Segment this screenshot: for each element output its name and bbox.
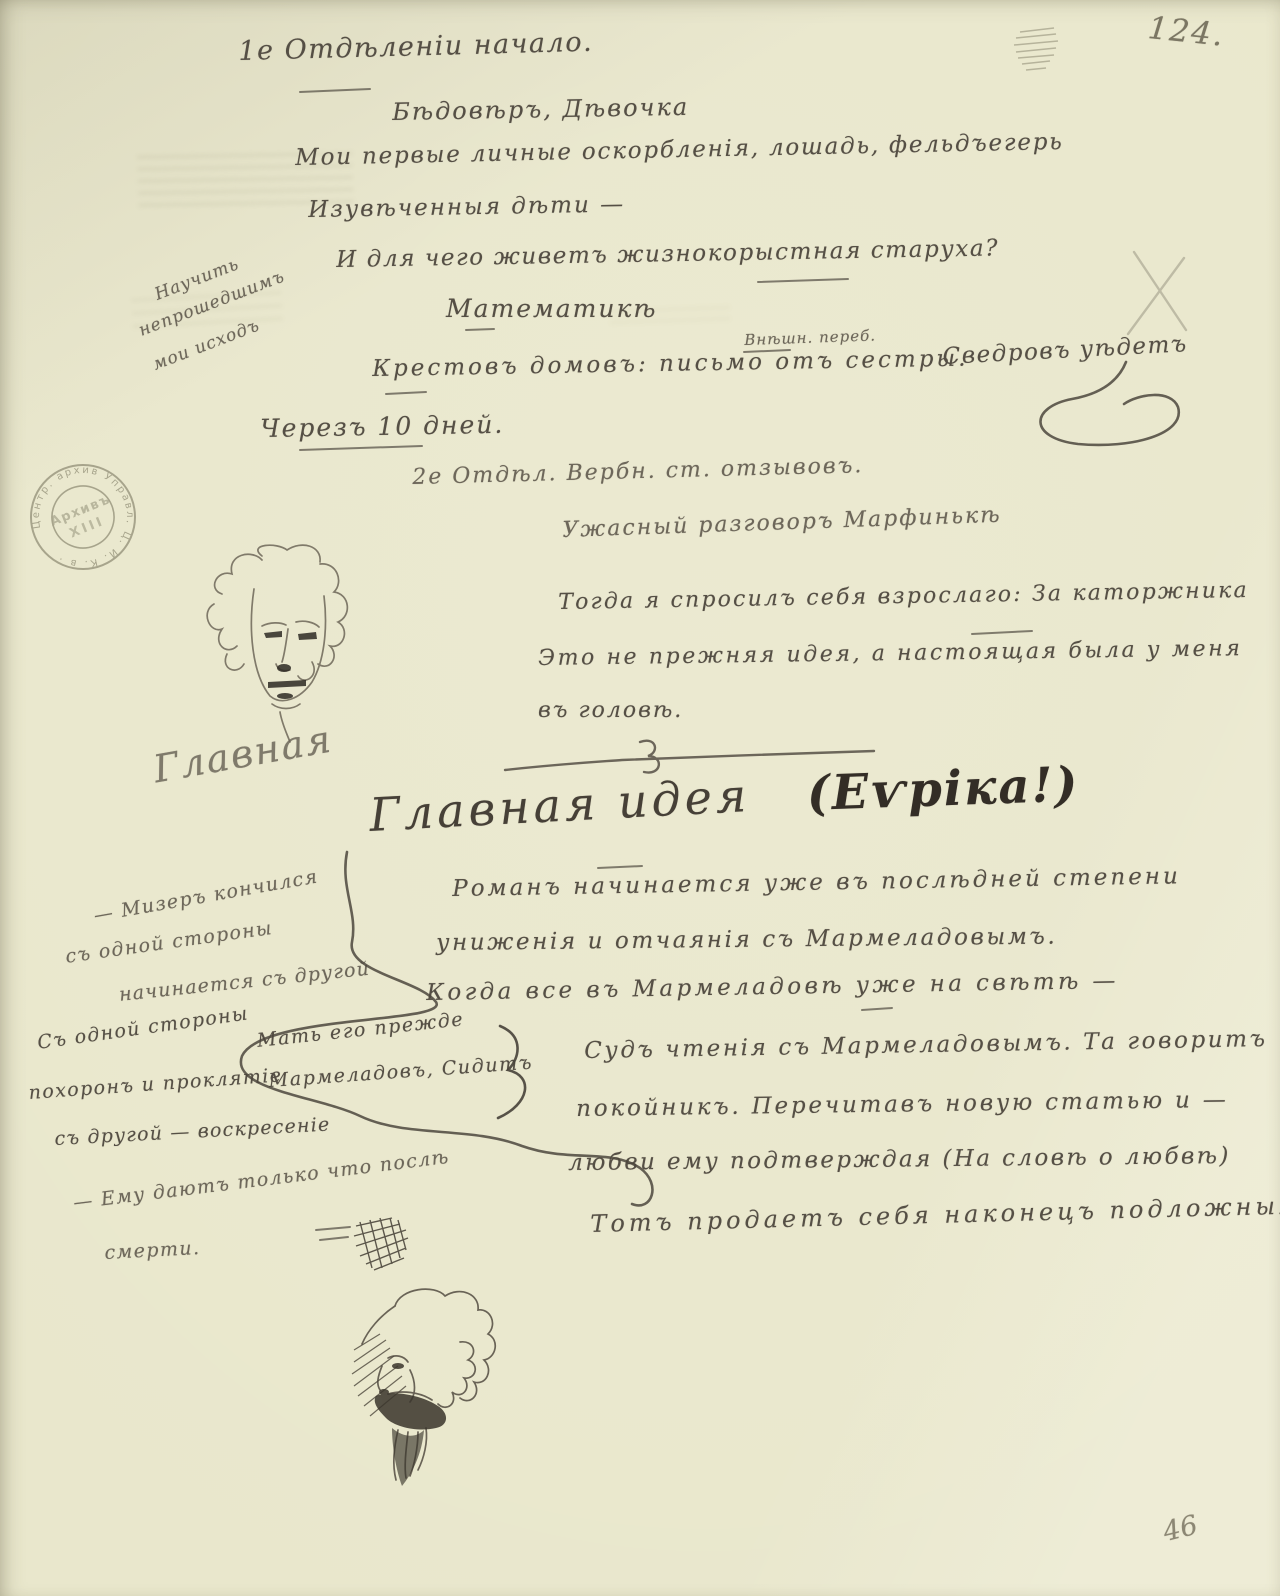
manuscript-line: Сведровъ уѣдетъ xyxy=(942,331,1188,370)
underline xyxy=(758,279,848,282)
manuscript-line: униженія и отчаянія съ Мармеладовымъ. xyxy=(436,923,1057,956)
underline xyxy=(300,89,370,92)
margin-note: Съ одной стороны xyxy=(36,1002,250,1053)
eureka-note: (Еѵріка!) xyxy=(806,756,1080,821)
underline xyxy=(316,1227,350,1230)
page-number: 124. xyxy=(1146,10,1226,54)
archive-stamp: Центр. архив Управл. Ц. И. К. в · Архивъ… xyxy=(0,419,181,614)
margin-note: начинается съ другой xyxy=(118,958,371,1006)
main-idea-heading: Главная идея xyxy=(368,768,752,842)
manuscript-line: И для чего живетъ жизнокорыстная старуха… xyxy=(336,235,999,273)
manuscript-line: Тотъ продаетъ себя наконецъ подложнымъ xyxy=(590,1191,1280,1238)
manuscript-line: Ужасный разговоръ Марфинькѣ xyxy=(562,503,1002,543)
manuscript-line: Бѣдовѣръ, Дѣвочка xyxy=(392,93,689,126)
manuscript-line: любви ему подтверждая (На словѣ о любвѣ) xyxy=(568,1143,1231,1176)
bracketed-note: Мать его прежде xyxy=(256,1008,465,1052)
underline xyxy=(972,631,1032,634)
manuscript-line: Когда все въ Мармеладовѣ уже на свѣтѣ — xyxy=(426,968,1119,1006)
manuscript-line: Крестовъ домовъ: письмо отъ сестры. xyxy=(372,346,969,382)
corner-number: 46 xyxy=(1160,1510,1201,1548)
bearded-man-profile-sketch xyxy=(340,1278,510,1498)
manuscript-line: покойникъ. Перечитавъ новую статью и — xyxy=(576,1087,1229,1122)
underline xyxy=(466,329,494,330)
manuscript-line: Математикѣ xyxy=(446,294,657,323)
margin-note: — Мизеръ кончился xyxy=(92,865,320,926)
heading-section-1: 1е Отдѣленіи начало. xyxy=(238,27,593,67)
manuscript-line: въ головѣ. xyxy=(538,698,683,723)
manuscript-page: 124. 46 Центр. архив Управл. Ц. И. К. в … xyxy=(0,0,1280,1596)
underline xyxy=(320,1237,348,1240)
bracketed-note: Мармеладовъ, Сидитъ xyxy=(268,1052,534,1092)
young-face-sketch xyxy=(192,534,372,749)
manuscript-line: Это не прежняя идея, а настоящая была у … xyxy=(538,636,1243,671)
interlinear-note: Внѣшн. переб. xyxy=(744,326,876,349)
manuscript-line: Тогда я спросилъ себя взрослаго: За като… xyxy=(558,578,1249,615)
manuscript-line: Черезъ 10 дней. xyxy=(260,410,505,443)
pen-flourish-loop xyxy=(1040,362,1178,445)
underline xyxy=(300,446,422,450)
margin-note: смерти. xyxy=(104,1237,201,1264)
margin-note: съ другой — воскресеніе xyxy=(54,1114,331,1150)
manuscript-line: Романъ начинается уже въ послѣдней степе… xyxy=(452,863,1181,902)
underline xyxy=(386,392,426,394)
margin-note: похоронъ и проклятіе xyxy=(28,1064,283,1104)
manuscript-line: Изувѣченныя дѣти — xyxy=(308,191,625,223)
underline xyxy=(862,1008,892,1010)
ink-crosshatch-blob xyxy=(354,1218,408,1270)
manuscript-line: Судъ чтенія съ Мармеладовымъ. Та говорит… xyxy=(584,1026,1268,1064)
heading-section-2: 2е Отдѣл. Вербн. ст. отзывовъ. xyxy=(412,453,864,490)
pencil-hatching-doodle xyxy=(1014,28,1058,70)
pencil-x-mark xyxy=(1128,252,1186,334)
manuscript-line: Мои первые личные оскорбленія, лошадь, ф… xyxy=(295,129,1064,171)
underline xyxy=(598,866,642,868)
margin-note: — Ему даютъ только что послѣ xyxy=(72,1146,451,1214)
